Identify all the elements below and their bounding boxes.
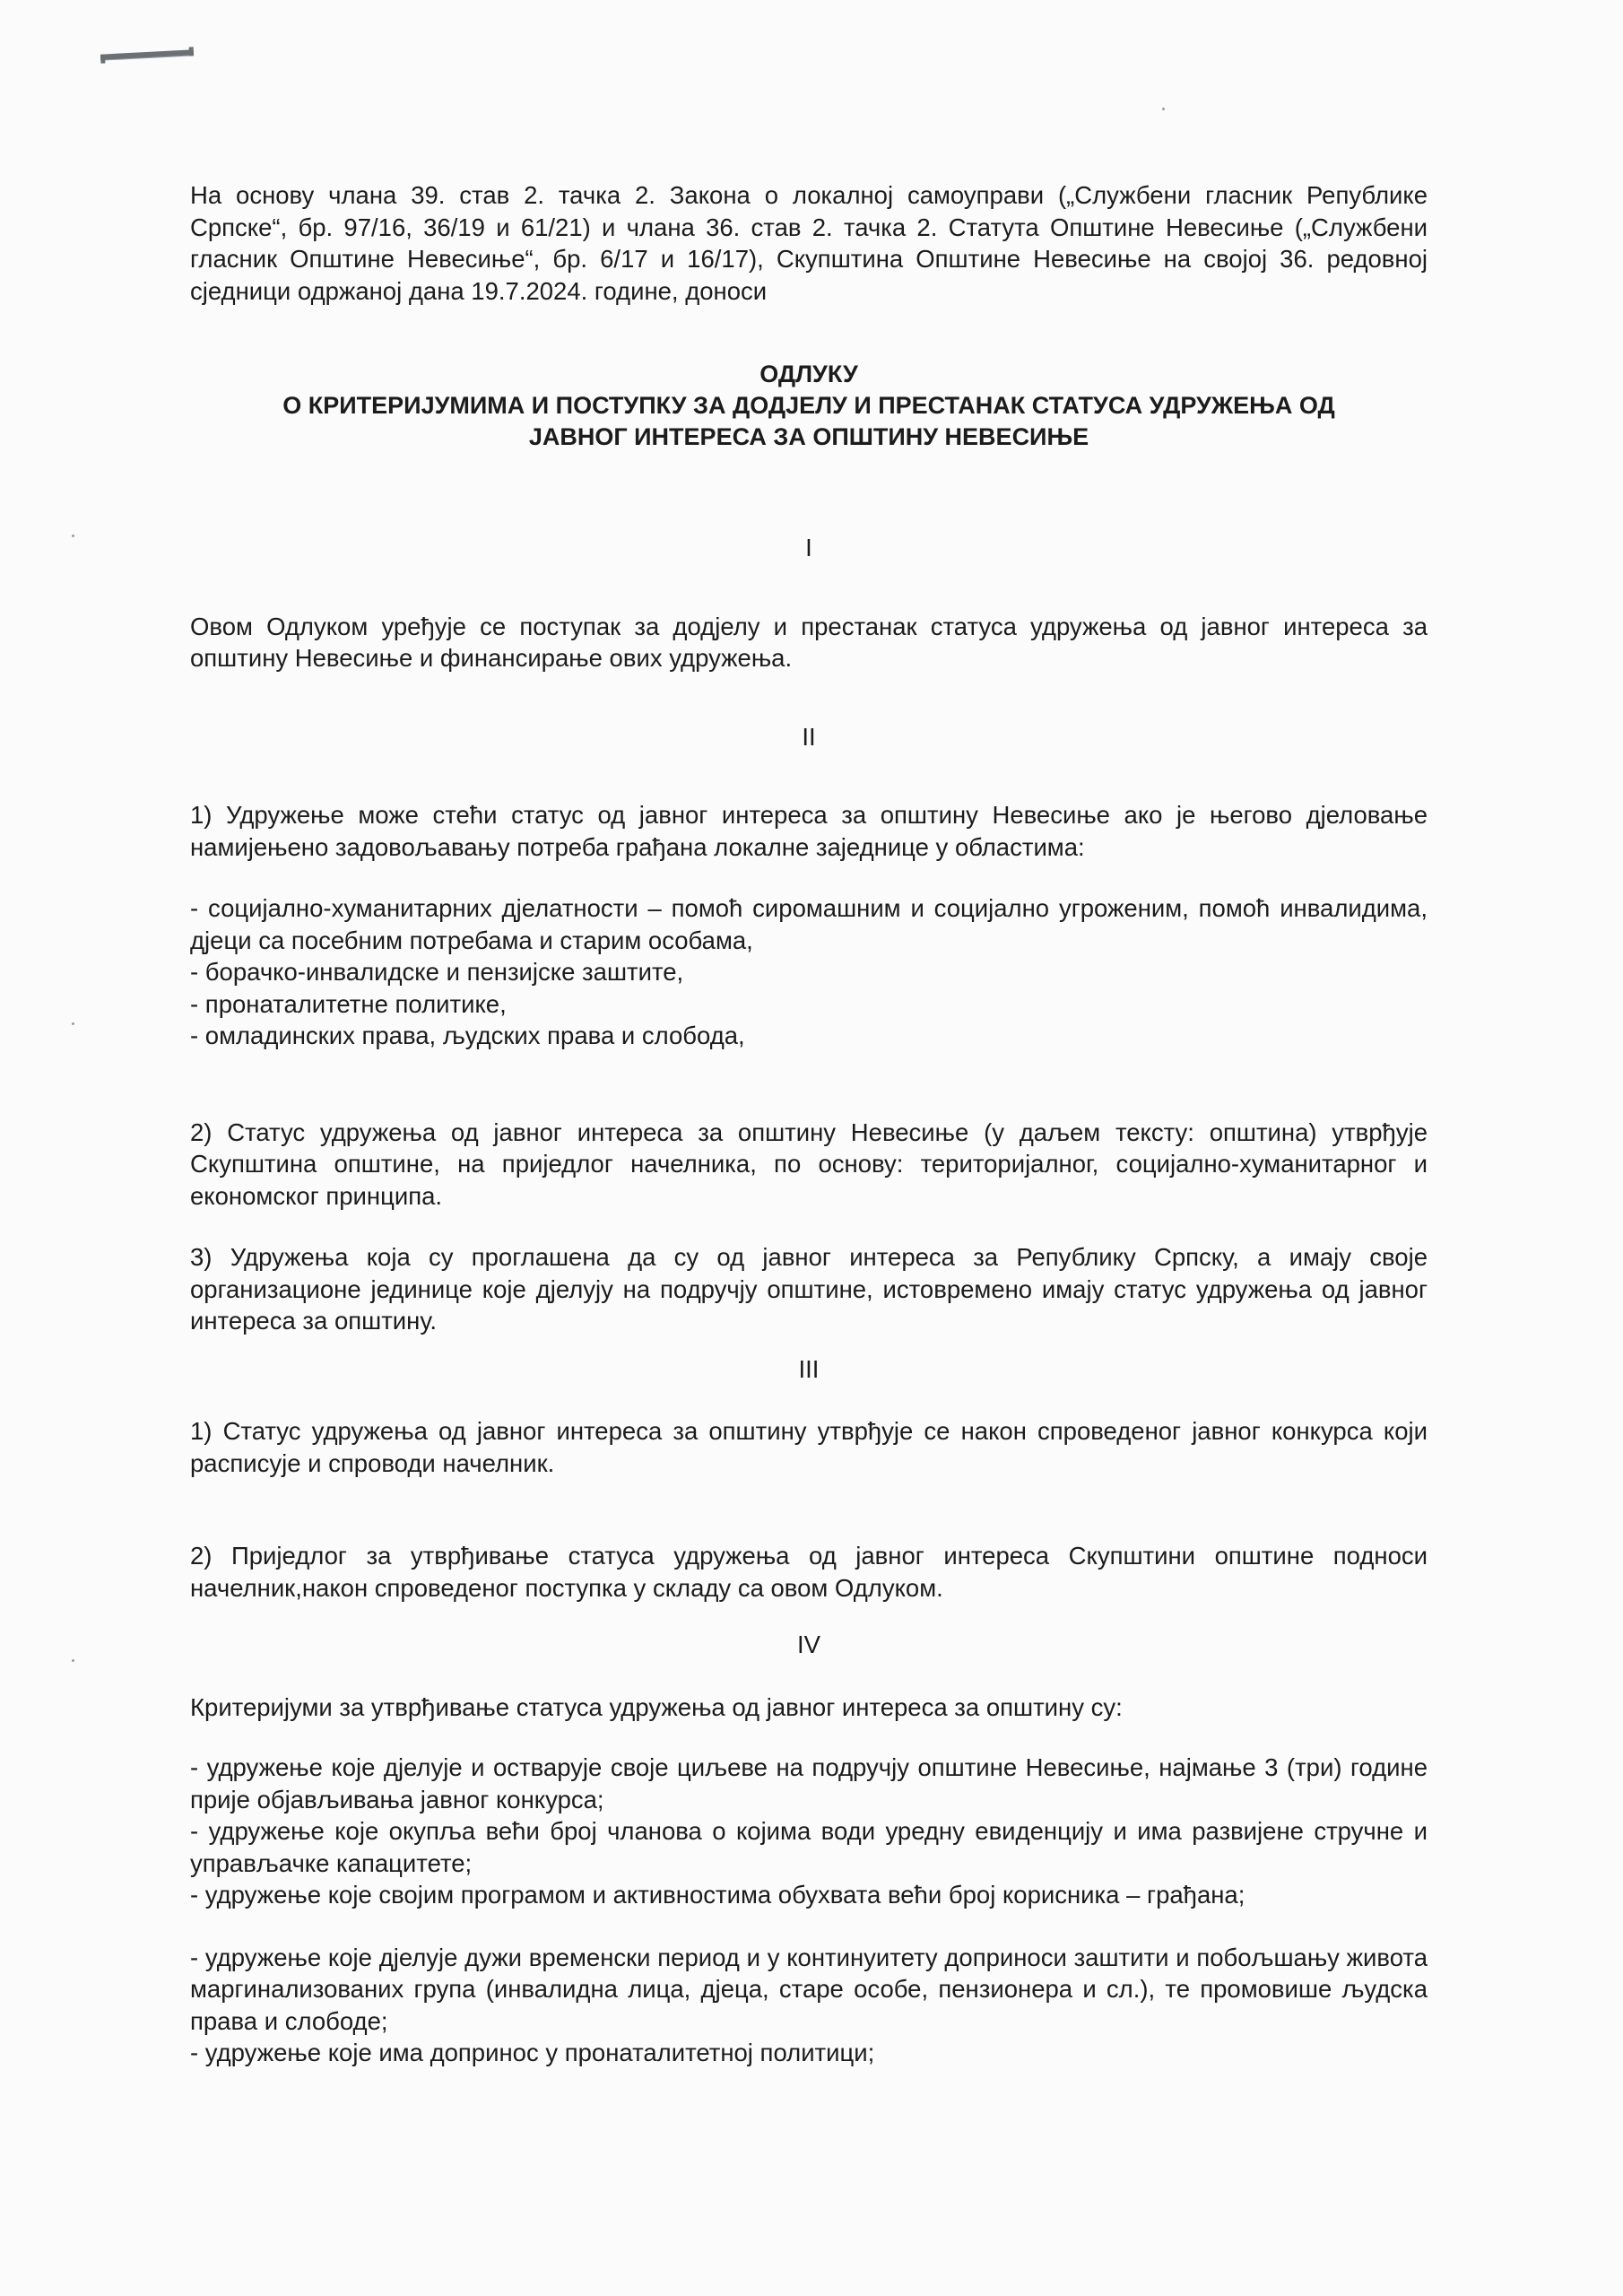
document-title: ОДЛУКУ О КРИТЕРИЈУМИМА И ПОСТУПКУ ЗА ДОД… — [190, 359, 1428, 453]
list-item: - удружење које својим програмом и актив… — [190, 1879, 1428, 1911]
section-2-list: - социјално-хуманитарних дјелатности – п… — [190, 892, 1428, 1052]
section-4-list: - удружење које дјелује и остварује свој… — [190, 1752, 1428, 2069]
section-2-paragraph-2: 2) Статус удружења од јавног интереса за… — [190, 1117, 1428, 1213]
document-page: На основу члана 39. став 2. тачка 2. Зак… — [190, 179, 1428, 2069]
scan-speck — [1162, 108, 1165, 110]
section-3-paragraph-1: 1) Статус удружења од јавног интереса за… — [190, 1415, 1428, 1479]
scan-speck — [72, 1022, 74, 1025]
list-item: - борачко-инвалидске и пензијске заштите… — [190, 956, 1428, 988]
section-number-2: II — [190, 721, 1428, 753]
section-number-1: I — [190, 532, 1428, 564]
section-3-paragraph-2: 2) Приједлог за утврђивање статуса удруж… — [190, 1540, 1428, 1604]
title-line-1: ОДЛУКУ — [190, 359, 1428, 390]
section-4-intro: Критеријуми за утврђивање статуса удруже… — [190, 1692, 1428, 1724]
list-item: - удружење које има допринос у пронатали… — [190, 2037, 1428, 2069]
section-number-4: IV — [190, 1629, 1428, 1661]
list-item: - удружење које дјелује дужи временски п… — [190, 1942, 1428, 2038]
section-number-3: III — [190, 1353, 1428, 1386]
section-2-paragraph-3: 3) Удружења која су проглашена да су од … — [190, 1241, 1428, 1337]
section-2-paragraph-1: 1) Удружење може стећи статус од јавног … — [190, 799, 1428, 863]
title-line-3: ЈАВНОГ ИНТЕРЕСА ЗА ОПШТИНУ НЕВЕСИЊЕ — [190, 422, 1428, 453]
list-item: - удружење које окупља већи број чланова… — [190, 1815, 1428, 1879]
title-line-2: О КРИТЕРИЈУМИМА И ПОСТУПКУ ЗА ДОДЈЕЛУ И … — [190, 390, 1428, 422]
scan-speck — [72, 1659, 74, 1662]
list-item: - омладинских права, људских права и сло… — [190, 1020, 1428, 1052]
preamble: На основу члана 39. став 2. тачка 2. Зак… — [190, 179, 1428, 307]
section-1-text: Овом Одлуком уређује се поступак за додј… — [190, 611, 1428, 674]
staple-mark — [100, 49, 194, 59]
list-item: - социјално-хуманитарних дјелатности – п… — [190, 892, 1428, 956]
list-item: - пронаталитетне политике, — [190, 988, 1428, 1021]
scan-speck — [72, 535, 74, 537]
list-item: - удружење које дјелује и остварује свој… — [190, 1752, 1428, 1815]
